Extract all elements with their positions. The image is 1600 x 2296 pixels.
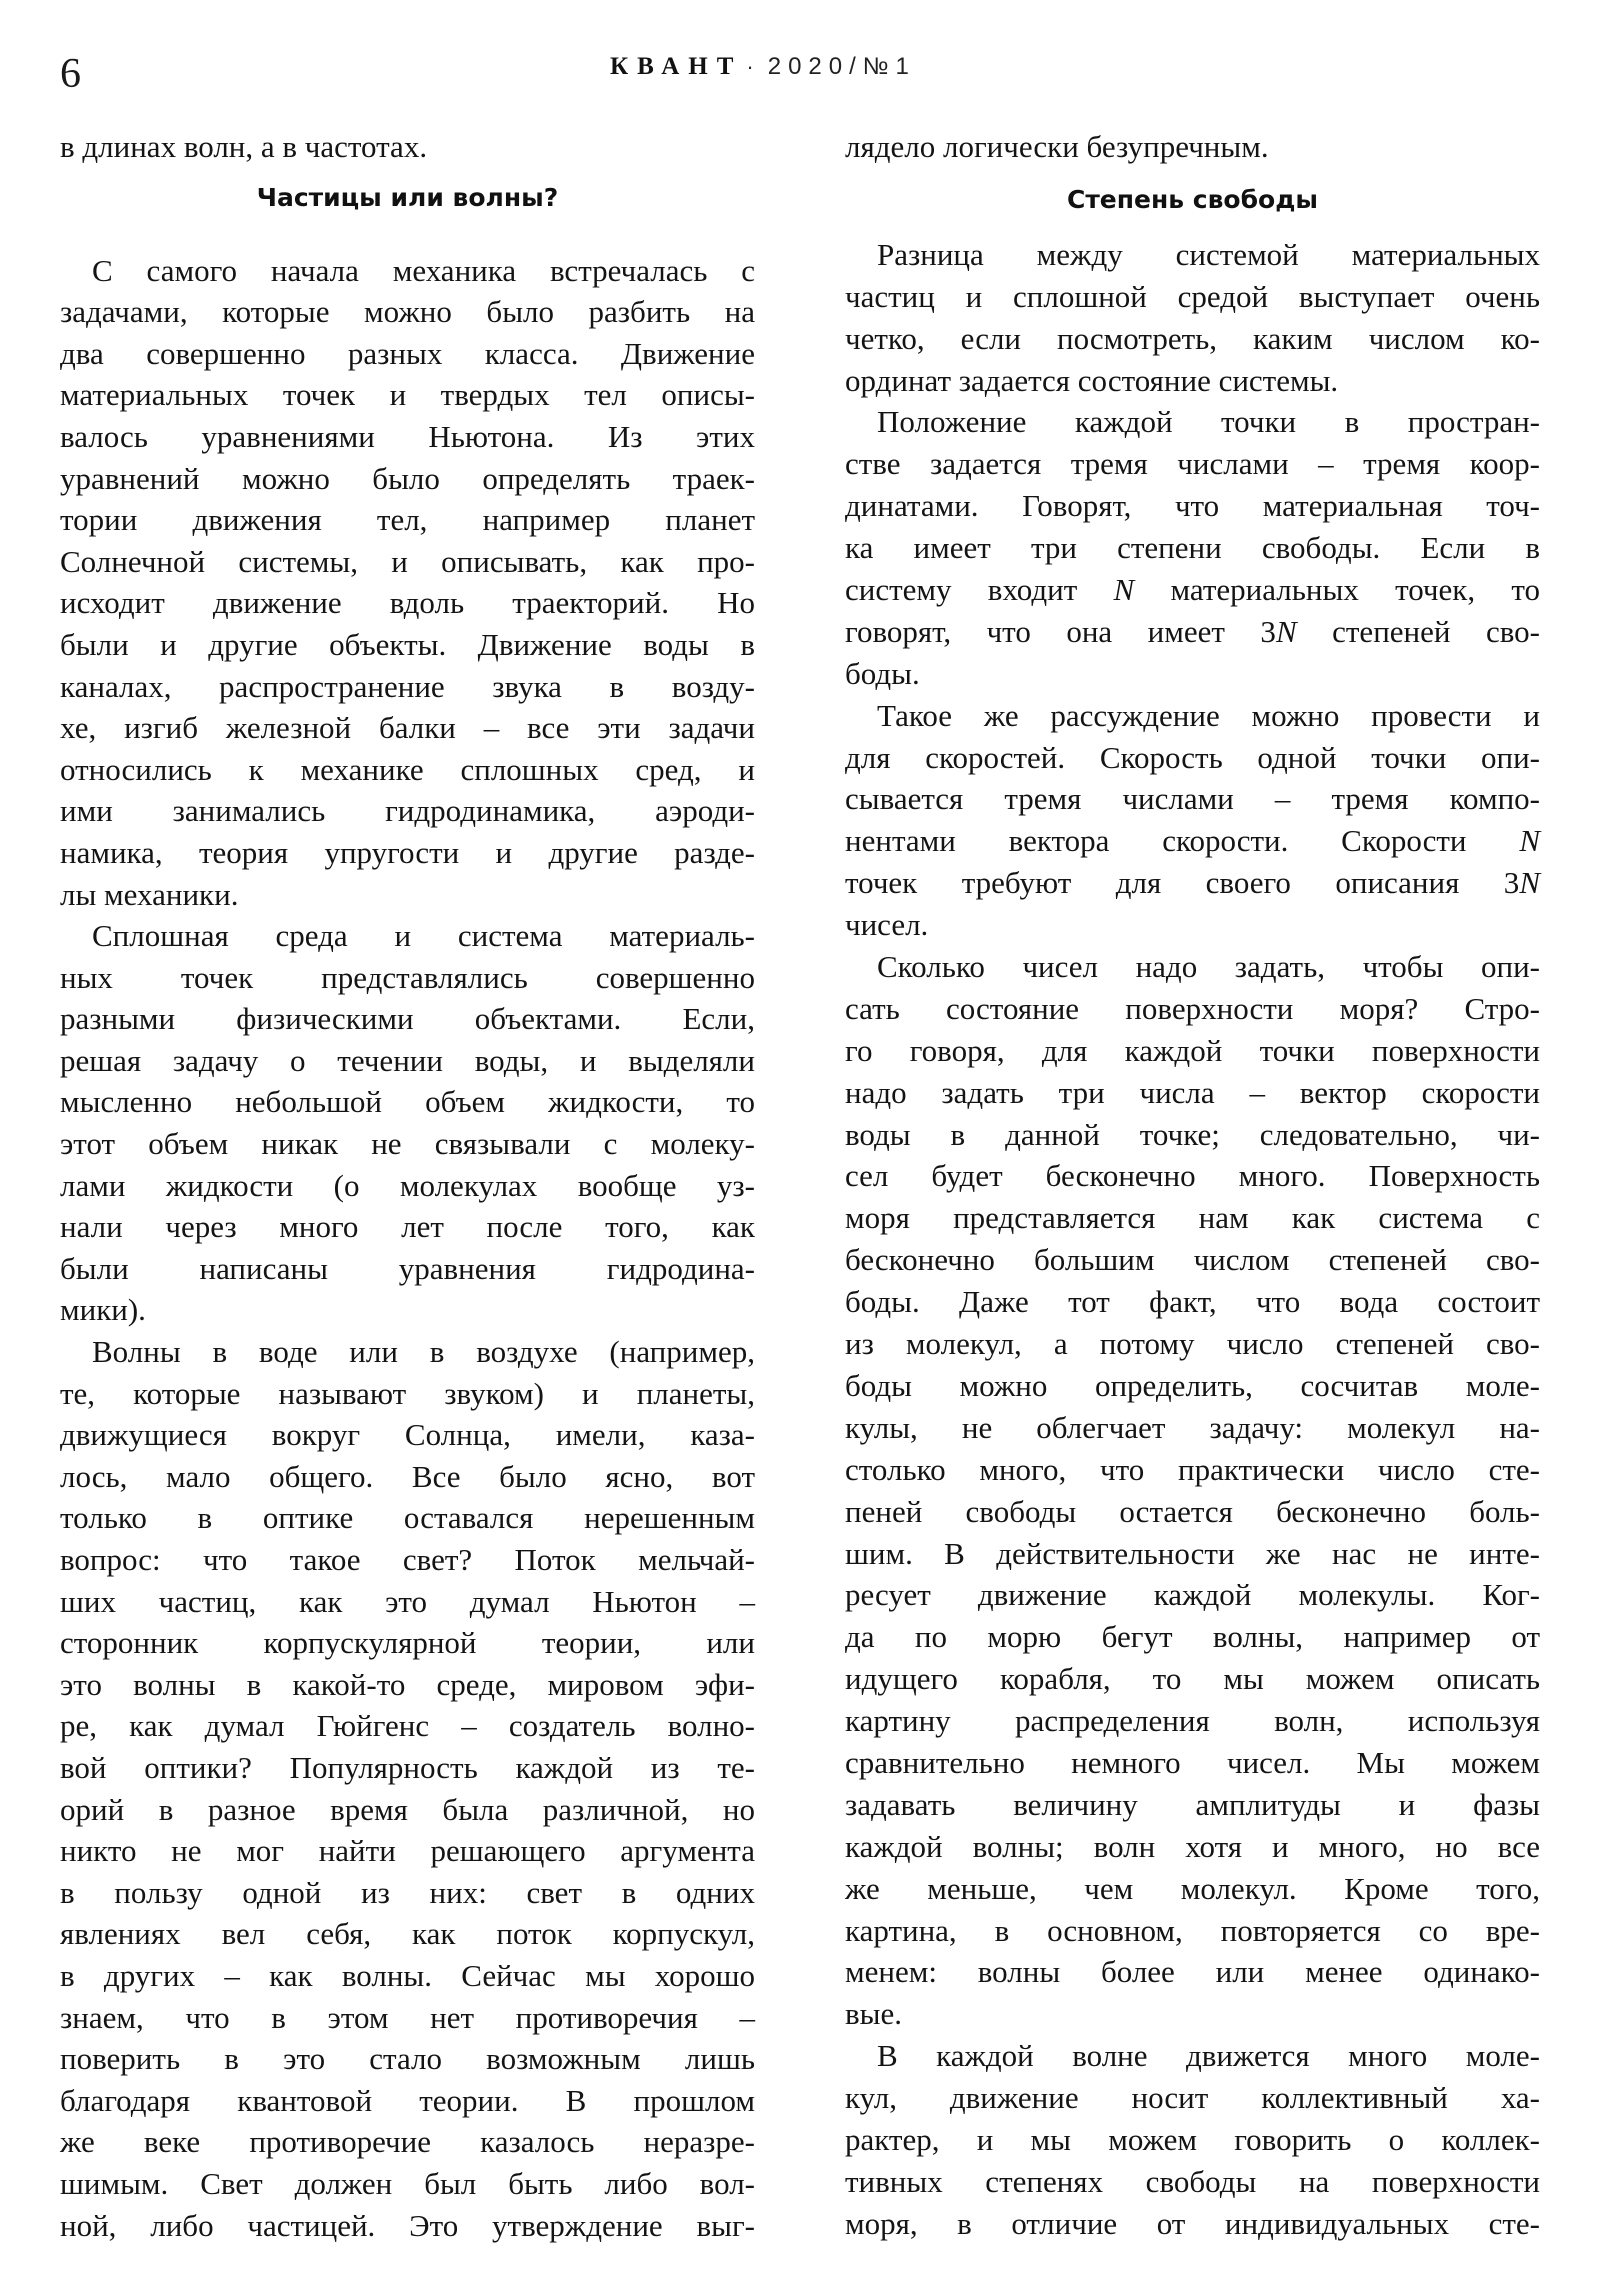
text-line: этот объем никак не связывали с молеку- bbox=[60, 1123, 755, 1165]
text-line: ординат задается состояние системы. bbox=[845, 360, 1540, 402]
text-line: Солнечной системы, и описывать, как про- bbox=[60, 541, 755, 583]
math-variable: N bbox=[1114, 572, 1135, 607]
text-segment: степеней сво- bbox=[1297, 614, 1540, 649]
text-line: Такое же рассуждение можно провести и bbox=[845, 695, 1540, 737]
text-line: валось уравнениями Ньютона. Из этих bbox=[60, 416, 755, 458]
text-line: поверить в это стало возможным лишь bbox=[60, 2038, 755, 2080]
math-variable: N bbox=[1276, 614, 1297, 649]
text-line: намика, теория упругости и другие разде- bbox=[60, 832, 755, 874]
text-line: же меньше, чем молекул. Кроме того, bbox=[845, 1868, 1540, 1910]
text-line: Сплошная среда и система материаль- bbox=[60, 915, 755, 957]
text-line: шимым. Свет должен был быть либо вол- bbox=[60, 2163, 755, 2205]
text-line: относились к механике сплошных сред, и bbox=[60, 749, 755, 791]
text-line: рактер, и мы можем говорить о коллек- bbox=[845, 2119, 1540, 2161]
text-line: никто не мог найти решающего аргумента bbox=[60, 1830, 755, 1872]
math-variable: N bbox=[1519, 865, 1540, 900]
running-head: КВАНТ · 2020/№1 bbox=[610, 50, 916, 84]
text-line: благодаря квантовой теории. В прошлом bbox=[60, 2080, 755, 2122]
paragraph: Сколько чисел надо задать, чтобы опи-сат… bbox=[845, 946, 1540, 2035]
paragraph: В каждой волне движется много моле-кул, … bbox=[845, 2035, 1540, 2244]
text-line: ка имеет три степени свободы. Если в bbox=[845, 527, 1540, 569]
text-line: сторонник корпускулярной теории, или bbox=[60, 1622, 755, 1664]
text-segment: говорят, что она имеет 3 bbox=[845, 614, 1276, 649]
text-line: картину распределения волн, используя bbox=[845, 1700, 1540, 1742]
text-line: боды. bbox=[845, 653, 1540, 695]
text-segment: систему входит bbox=[845, 572, 1114, 607]
text-line: тивных степенях свободы на поверхности bbox=[845, 2161, 1540, 2203]
text-line: задавать величину амплитуды и фазы bbox=[845, 1784, 1540, 1826]
text-line: ных точек представлялись совершенно bbox=[60, 957, 755, 999]
text-line: Сколько чисел надо задать, чтобы опи- bbox=[845, 946, 1540, 988]
text-line: кулы, не облегчает задачу: молекул на- bbox=[845, 1407, 1540, 1449]
text-line: только в оптике оставался нерешенным bbox=[60, 1497, 755, 1539]
text-line: уравнений можно было определять траек- bbox=[60, 458, 755, 500]
text-line: ших частиц, как это думал Ньютон – bbox=[60, 1581, 755, 1623]
text-line: нентами вектора скорости. Скорости N bbox=[845, 820, 1540, 862]
text-line: были и другие объекты. Движение воды в bbox=[60, 624, 755, 666]
paragraph: Сплошная среда и система материаль-ных т… bbox=[60, 915, 755, 1331]
text-line: в других – как волны. Сейчас мы хорошо bbox=[60, 1955, 755, 1997]
right-column: лядело логически безупречным.Степень сво… bbox=[845, 126, 1540, 2245]
text-line: идущего корабля, то мы можем описать bbox=[845, 1658, 1540, 1700]
text-line: сывается тремя числами – тремя компо- bbox=[845, 778, 1540, 820]
text-line: два совершенно разных класса. Движение bbox=[60, 333, 755, 375]
text-segment: материальных точек, то bbox=[1134, 572, 1540, 607]
text-line: мысленно небольшой объем жидкости, то bbox=[60, 1081, 755, 1123]
text-line: же веке противоречие казалось неразре- bbox=[60, 2121, 755, 2163]
text-line: движущиеся вокруг Солнца, имели, каза- bbox=[60, 1414, 755, 1456]
text-line: ресует движение каждой молекулы. Ког- bbox=[845, 1574, 1540, 1616]
text-line: нали через много лет после того, как bbox=[60, 1206, 755, 1248]
text-line: вопрос: что такое свет? Поток мельчай- bbox=[60, 1539, 755, 1581]
section-heading: Частицы или волны? bbox=[60, 168, 755, 238]
text-line: вой оптики? Популярность каждой из те- bbox=[60, 1747, 755, 1789]
paragraph: С самого начала механика встречалась сза… bbox=[60, 250, 755, 916]
text-line: надо задать три числа – вектор скорости bbox=[845, 1072, 1540, 1114]
text-line: разными физическими объектами. Если, bbox=[60, 998, 755, 1040]
text-line: каждой волны; волн хотя и много, но все bbox=[845, 1826, 1540, 1868]
paragraph: Положение каждой точки в простран-стве з… bbox=[845, 401, 1540, 694]
left-column: в длинах волн, а в частотах.Частицы или … bbox=[60, 126, 755, 2246]
text-line: сел будет бесконечно много. Поверхность bbox=[845, 1155, 1540, 1197]
paragraph: Такое же рассуждение можно провести идля… bbox=[845, 695, 1540, 946]
text-line: В каждой волне движется много моле- bbox=[845, 2035, 1540, 2077]
text-line: Волны в воде или в воздухе (например, bbox=[60, 1331, 755, 1373]
text-line: пеней свободы остается бесконечно боль- bbox=[845, 1491, 1540, 1533]
text-line: Разница между системой материальных bbox=[845, 234, 1540, 276]
text-line: динатами. Говорят, что материальная точ- bbox=[845, 485, 1540, 527]
text-line: моря, в отличие от индивидуальных сте- bbox=[845, 2203, 1540, 2245]
text-line: го говоря, для каждой точки поверхности bbox=[845, 1030, 1540, 1072]
journal-title: КВАНТ bbox=[610, 53, 742, 81]
paragraph: Волны в воде или в воздухе (например,те,… bbox=[60, 1331, 755, 2246]
text-line: сать состояние поверхности моря? Стро- bbox=[845, 988, 1540, 1030]
text-line: систему входит N материальных точек, то bbox=[845, 569, 1540, 611]
text-line: четко, если посмотреть, каким числом ко- bbox=[845, 318, 1540, 360]
text-line: это волны в какой-то среде, мировом эфи- bbox=[60, 1664, 755, 1706]
text-line: шим. В действительности же нас не инте- bbox=[845, 1533, 1540, 1575]
text-line: исходит движение вдоль траекторий. Но bbox=[60, 582, 755, 624]
text-line: вые. bbox=[845, 1993, 1540, 2035]
text-line: менем: волны более или менее одинако- bbox=[845, 1951, 1540, 1993]
math-variable: N bbox=[1519, 823, 1540, 858]
section-heading: Степень свободы bbox=[845, 168, 1540, 234]
text-segment: нентами вектора скорости. Скорости bbox=[845, 823, 1519, 858]
text-line: хе, изгиб железной балки – все эти задач… bbox=[60, 707, 755, 749]
text-line: стве задается тремя числами – тремя коор… bbox=[845, 443, 1540, 485]
text-line: из молекул, а потому число степеней сво- bbox=[845, 1323, 1540, 1365]
text-line: были написаны уравнения гидродина- bbox=[60, 1248, 755, 1290]
text-line: да по морю бегут волны, например от bbox=[845, 1616, 1540, 1658]
continued-line: в длинах волн, а в частотах. bbox=[60, 126, 755, 168]
text-line: тории движения тел, например планет bbox=[60, 499, 755, 541]
text-line: частиц и сплошной средой выступает очень bbox=[845, 276, 1540, 318]
text-line: моря представляется нам как система с bbox=[845, 1197, 1540, 1239]
page-number: 6 bbox=[60, 50, 81, 98]
text-line: боды можно определить, сосчитав моле- bbox=[845, 1365, 1540, 1407]
issue-number: 2020/№1 bbox=[768, 53, 916, 81]
text-line: сравнительно немного чисел. Мы можем bbox=[845, 1742, 1540, 1784]
text-line: воды в данной точке; следовательно, чи- bbox=[845, 1114, 1540, 1156]
text-segment: точек требуют для своего описания 3 bbox=[845, 865, 1519, 900]
text-line: ной, либо частицей. Это утверждение выг- bbox=[60, 2205, 755, 2247]
text-line: те, которые называют звуком) и планеты, bbox=[60, 1373, 755, 1415]
text-line: чисел. bbox=[845, 904, 1540, 946]
header-separator: · bbox=[746, 54, 753, 80]
text-line: столько много, что практически число сте… bbox=[845, 1449, 1540, 1491]
text-line: картина, в основном, повторяется со вре- bbox=[845, 1910, 1540, 1952]
text-line: Положение каждой точки в простран- bbox=[845, 401, 1540, 443]
text-line: бесконечно большим числом степеней сво- bbox=[845, 1239, 1540, 1281]
text-line: С самого начала механика встречалась с bbox=[60, 250, 755, 292]
text-line: лось, мало общего. Все было ясно, вот bbox=[60, 1456, 755, 1498]
text-line: для скоростей. Скорость одной точки опи- bbox=[845, 737, 1540, 779]
text-line: мики). bbox=[60, 1289, 755, 1331]
text-line: в пользу одной из них: свет в одних bbox=[60, 1872, 755, 1914]
text-line: боды. Даже тот факт, что вода состоит bbox=[845, 1281, 1540, 1323]
text-line: ими занимались гидродинамика, аэроди- bbox=[60, 790, 755, 832]
paragraph: Разница между системой материальныхчасти… bbox=[845, 234, 1540, 402]
text-line: решая задачу о течении воды, и выделяли bbox=[60, 1040, 755, 1082]
text-line: знаем, что в этом нет противоречия – bbox=[60, 1997, 755, 2039]
text-line: лами жидкости (о молекулах вообще уз- bbox=[60, 1165, 755, 1207]
text-line: ре, как думал Гюйгенс – создатель волно- bbox=[60, 1705, 755, 1747]
text-line: говорят, что она имеет 3N степеней сво- bbox=[845, 611, 1540, 653]
text-line: кул, движение носит коллективный ха- bbox=[845, 2077, 1540, 2119]
text-line: лы механики. bbox=[60, 874, 755, 916]
continued-line: лядело логически безупречным. bbox=[845, 126, 1540, 168]
text-line: задачами, которые можно было разбить на bbox=[60, 291, 755, 333]
text-line: точек требуют для своего описания 3N bbox=[845, 862, 1540, 904]
text-line: каналах, распространение звука в возду- bbox=[60, 666, 755, 708]
text-line: материальных точек и твердых тел описы- bbox=[60, 374, 755, 416]
text-line: явлениях вел себя, как поток корпускул, bbox=[60, 1913, 755, 1955]
text-line: орий в разное время была различной, но bbox=[60, 1789, 755, 1831]
